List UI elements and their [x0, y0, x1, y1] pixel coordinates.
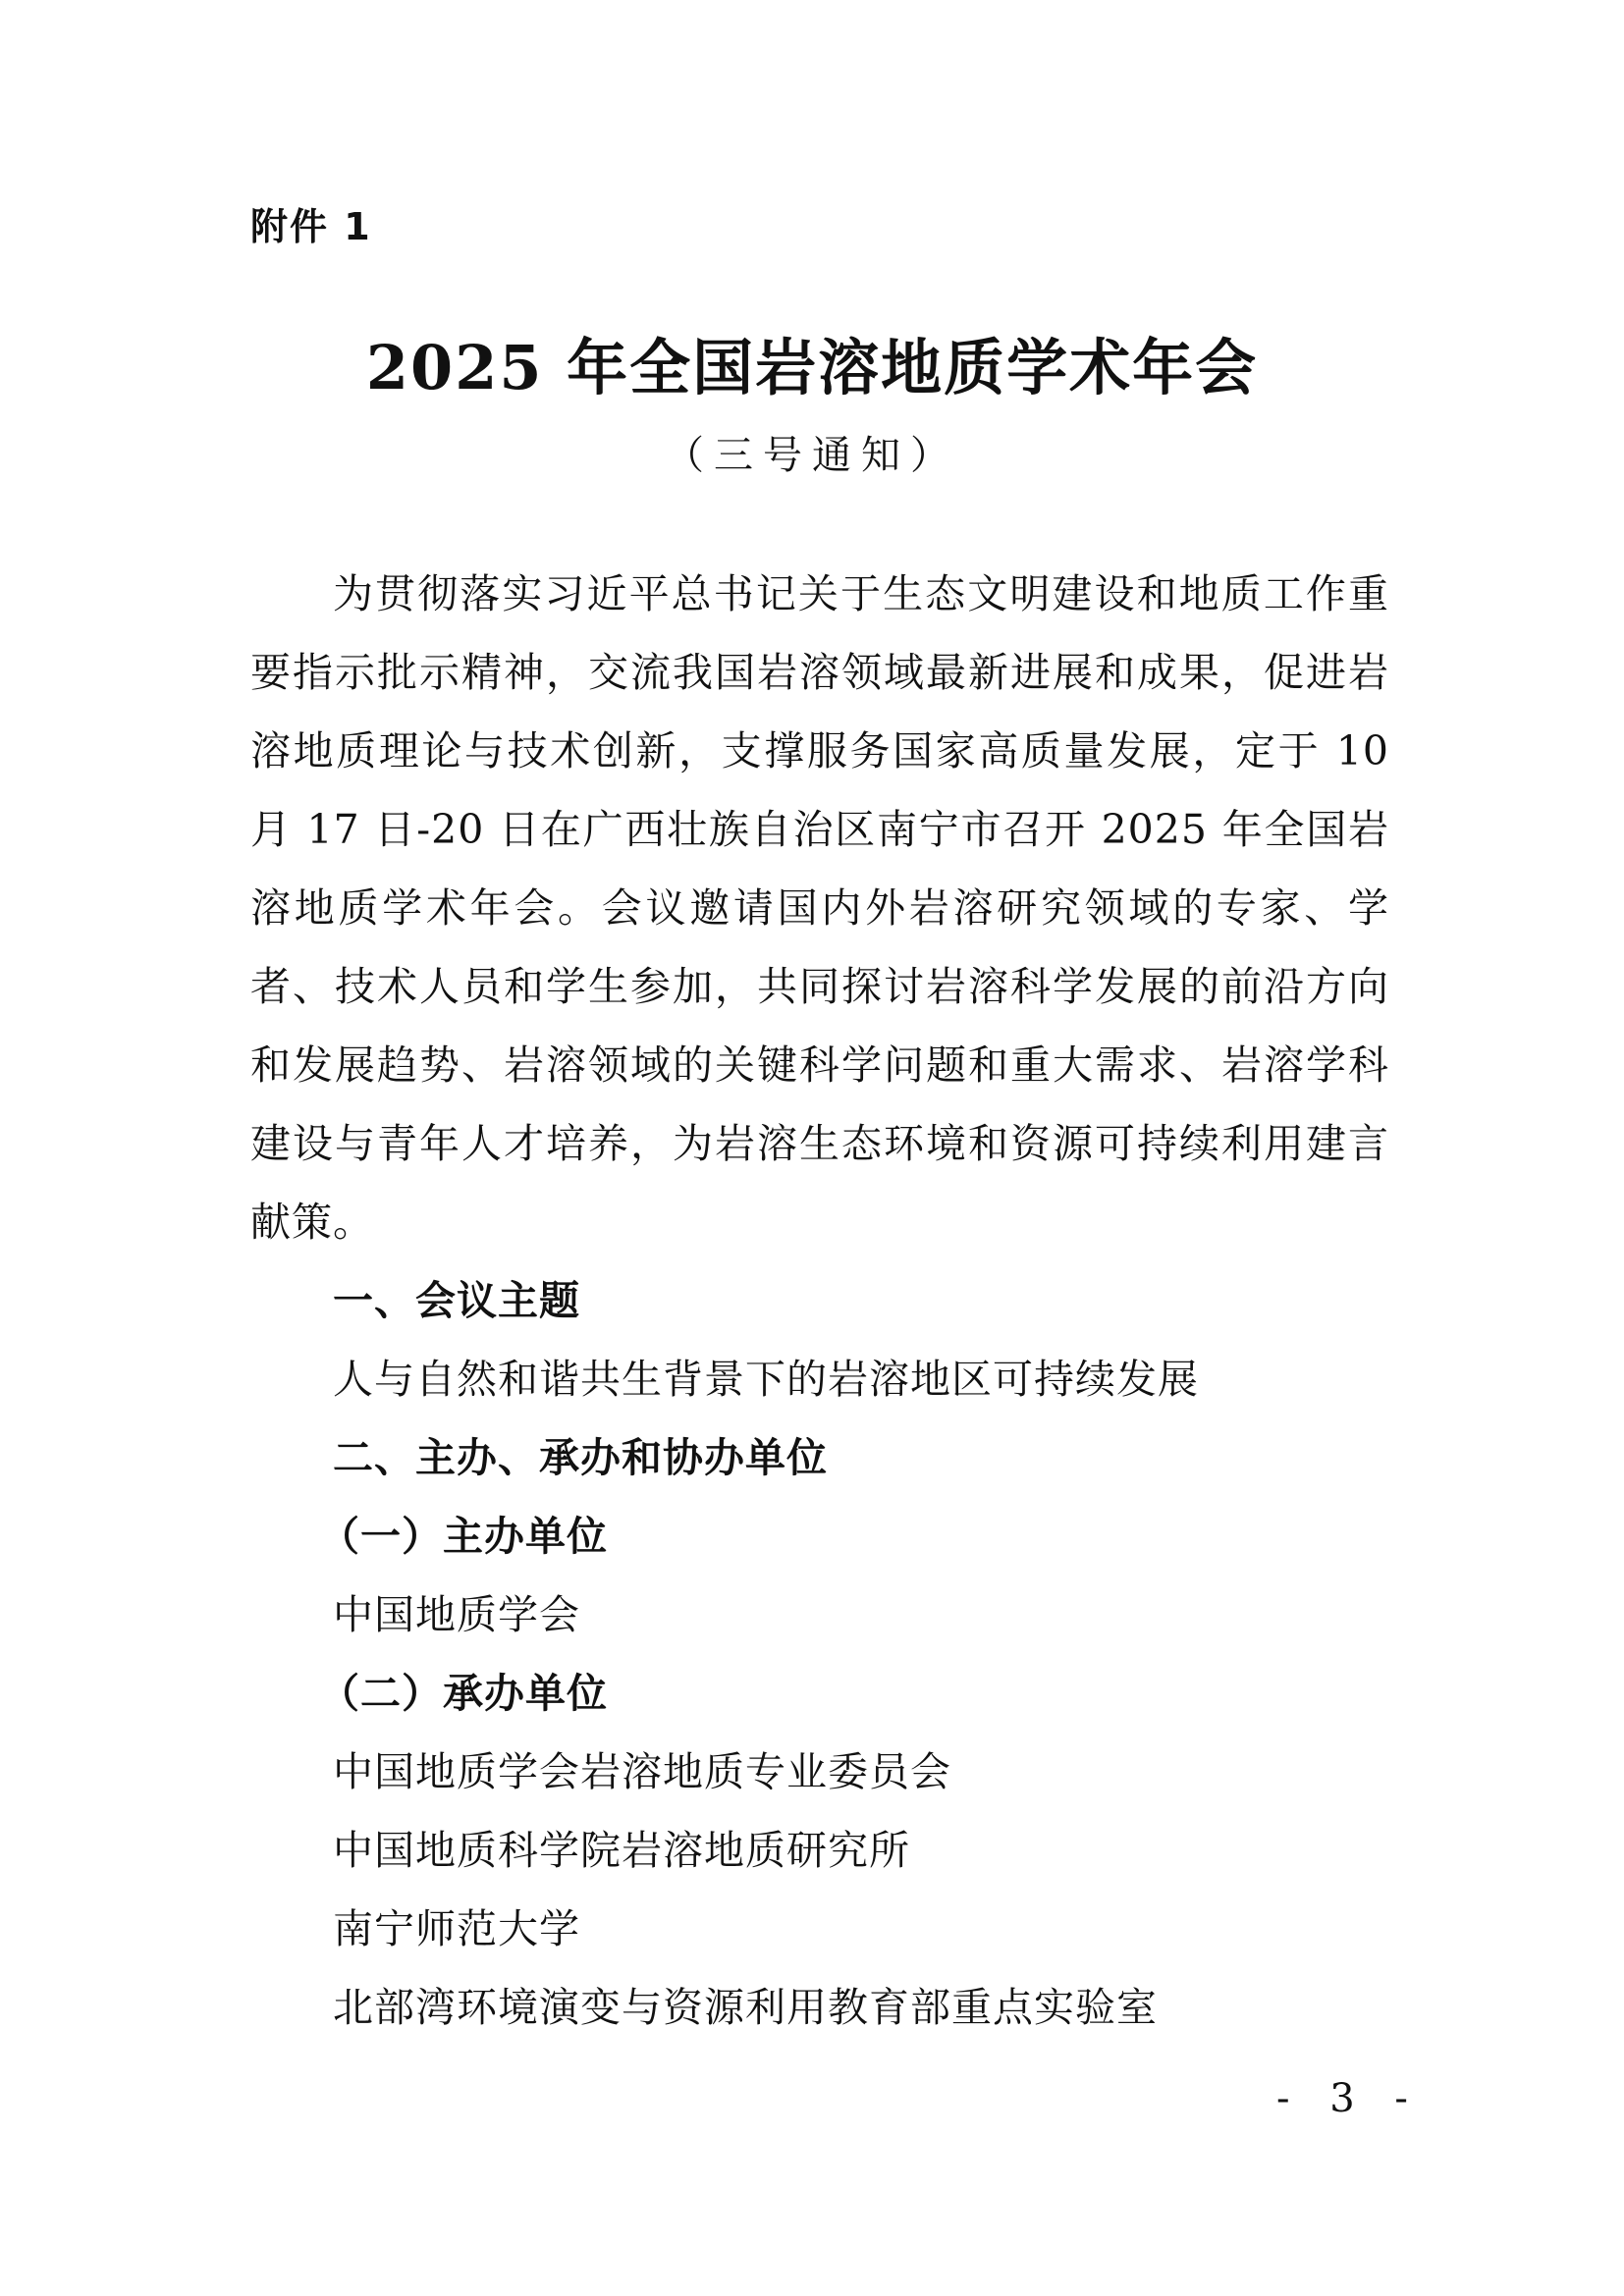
host-item: 中国地质学会 — [250, 1575, 1389, 1654]
organizer-item: 南宁师范大学 — [250, 1890, 1389, 1968]
subsection-heading-host: （一）主办单位 — [250, 1497, 1389, 1575]
subsection-heading-organizer: （二）承办单位 — [250, 1654, 1389, 1733]
document-body: 为贯彻落实习近平总书记关于生态文明建设和地质工作重要指示批示精神，交流我国岩溶领… — [250, 555, 1389, 2047]
page-number: - 3 - — [1276, 2076, 1422, 2121]
document-title: 2025 年全国岩溶地质学术年会 — [0, 319, 1624, 406]
attachment-label: 附件 1 — [250, 196, 372, 250]
organizer-item: 中国地质科学院岩溶地质研究所 — [250, 1811, 1389, 1890]
organizer-item: 中国地质学会岩溶地质专业委员会 — [250, 1733, 1389, 1811]
organizer-item: 北部湾环境演变与资源利用教育部重点实验室 — [250, 1968, 1389, 2047]
theme-text: 人与自然和谐共生背景下的岩溶地区可持续发展 — [250, 1340, 1389, 1418]
document-subtitle: （三号通知） — [0, 424, 1624, 480]
intro-paragraph: 为贯彻落实习近平总书记关于生态文明建设和地质工作重要指示批示精神，交流我国岩溶领… — [250, 555, 1389, 1261]
section-heading-theme: 一、会议主题 — [250, 1261, 1389, 1340]
section-heading-organizers: 二、主办、承办和协办单位 — [250, 1418, 1389, 1497]
